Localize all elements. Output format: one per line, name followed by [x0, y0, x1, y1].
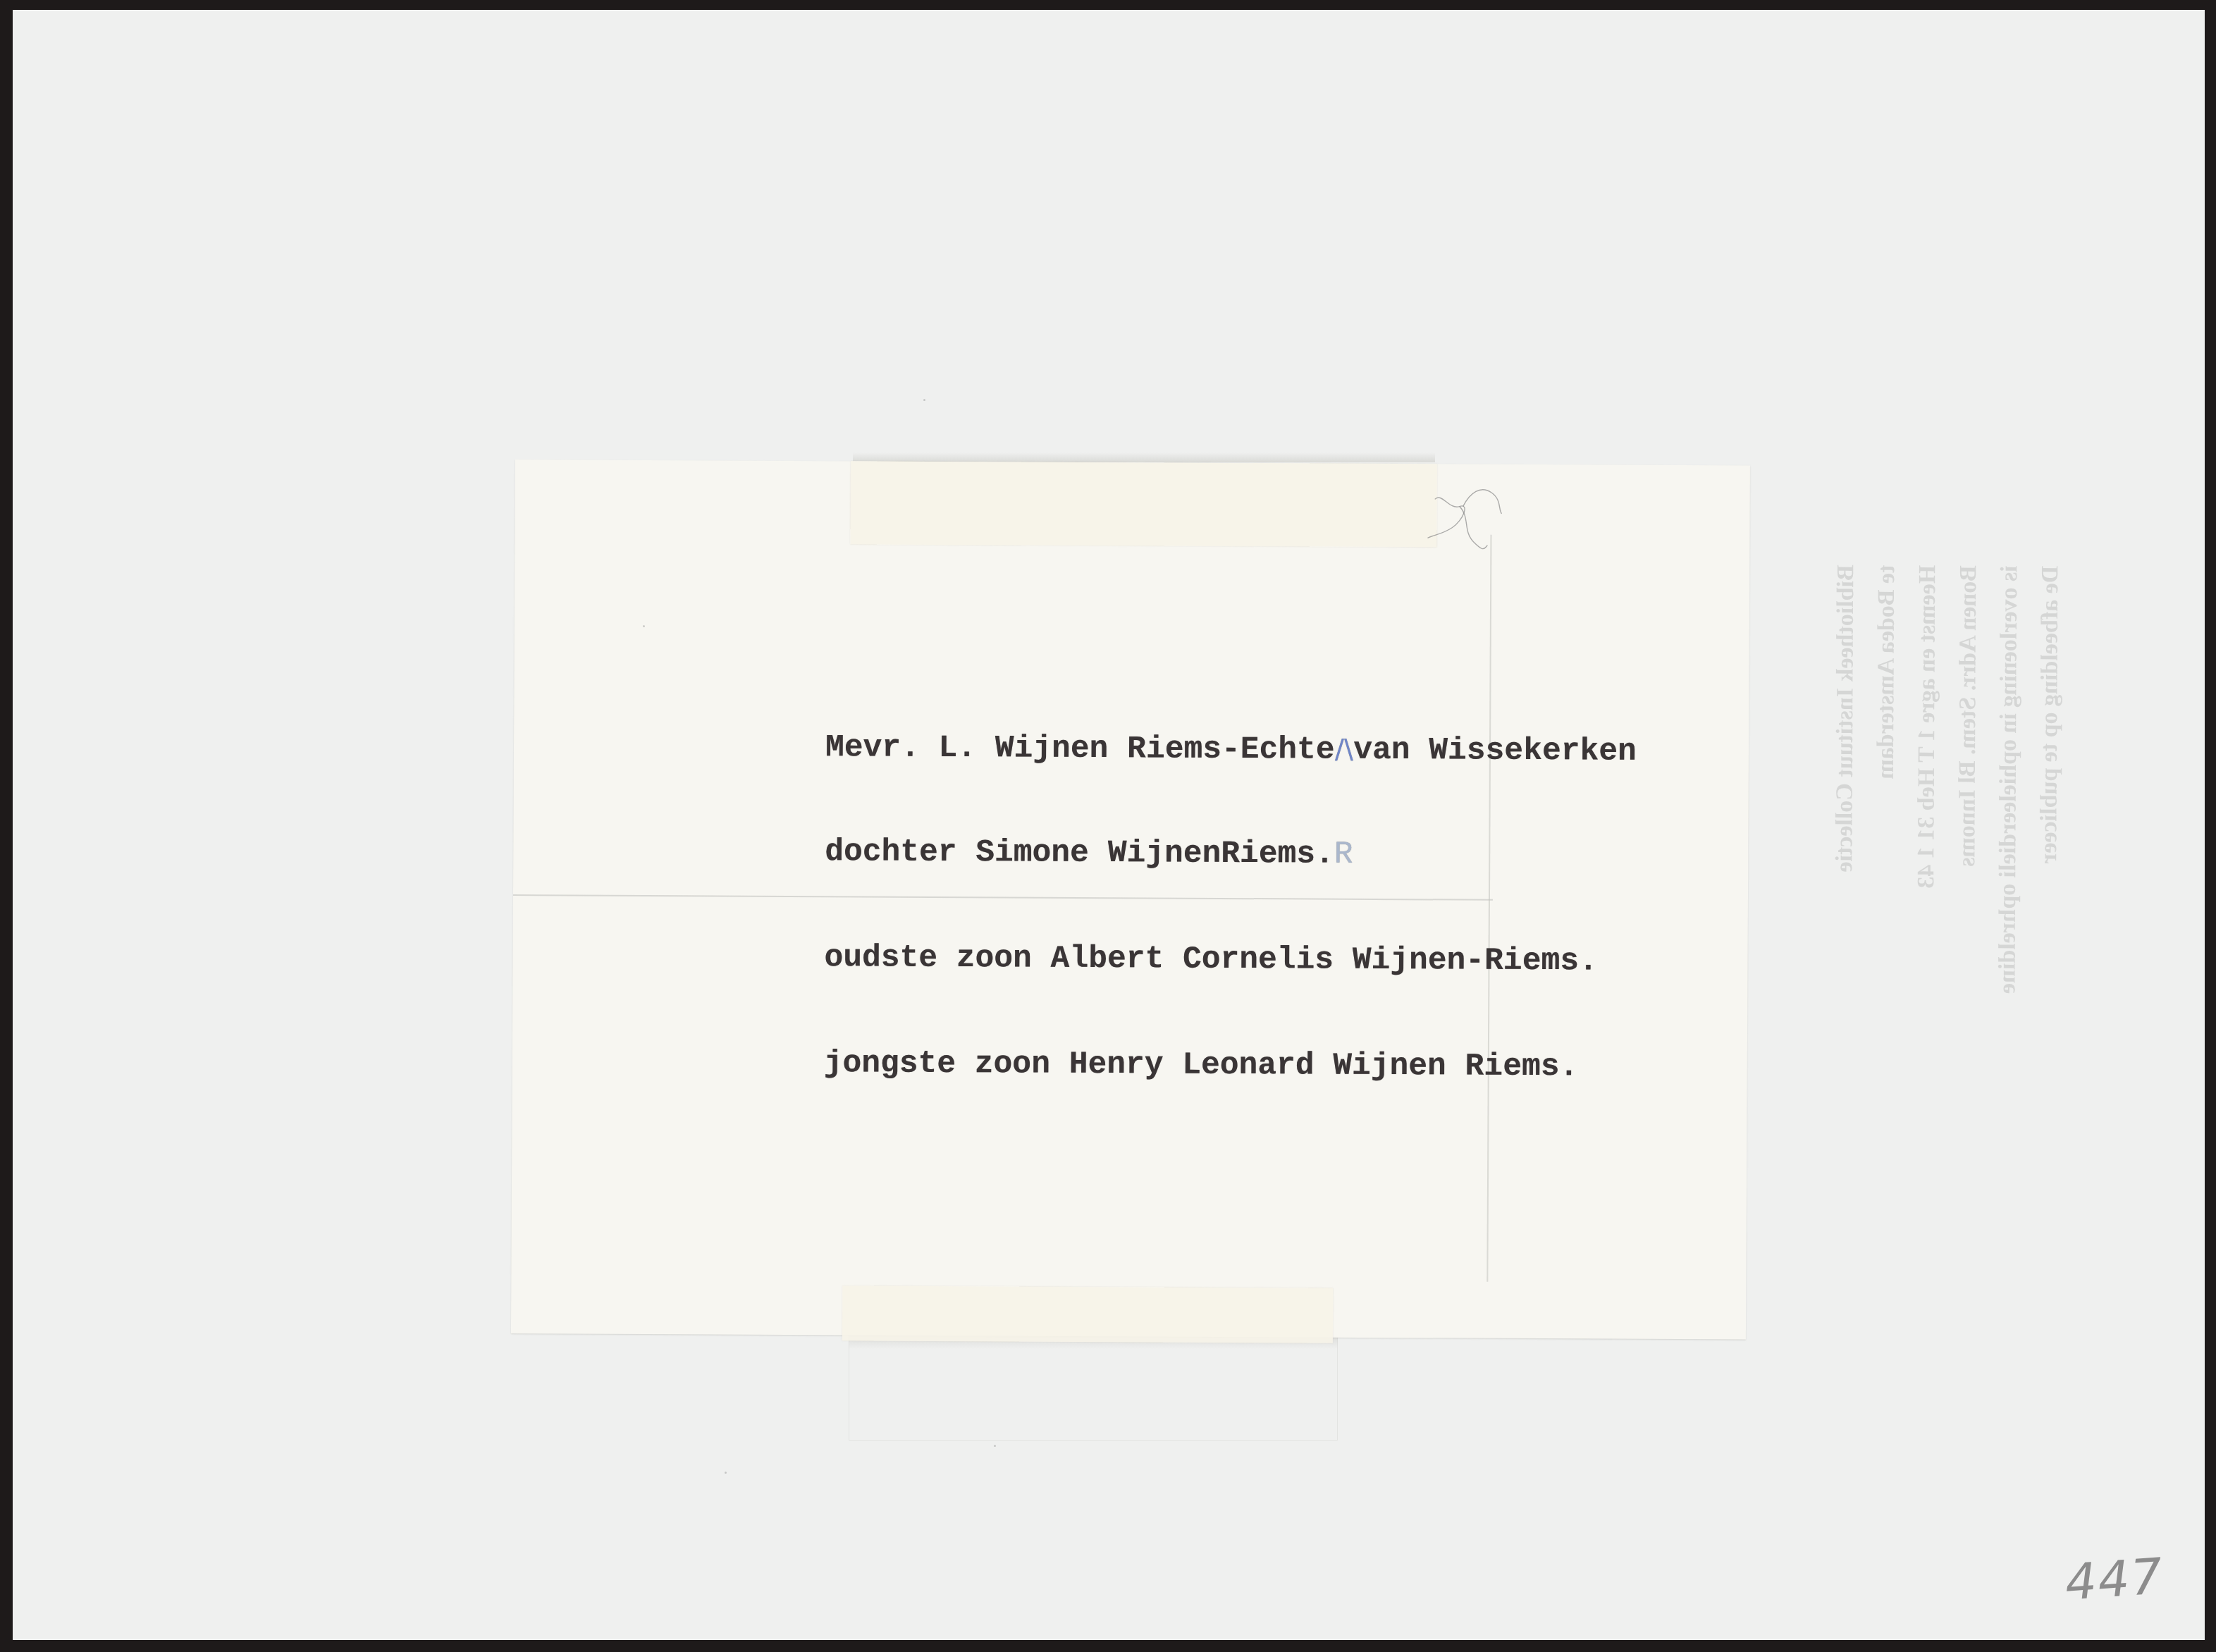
typed-text: Mevr. L. Wijnen Riems-Echte — [825, 730, 1335, 768]
bleed-through-text-rotated: Bibliotheek Instituut Collectiete Bodea … — [1822, 565, 2100, 1271]
dust-speck — [923, 399, 925, 401]
pencil-annotation: R — [1334, 837, 1353, 873]
typed-line-2: dochter Simone WijnenRiems.R — [825, 834, 1636, 874]
tape-shadow-top — [853, 452, 1435, 462]
bleed-through-line: Heemst en agre 1 T Heb 31 1 43 — [1904, 565, 1948, 1270]
adhesive-tape-bottom — [842, 1286, 1333, 1343]
typed-text: oudste zoon Albert Cornelis Wijnen-Riems… — [824, 940, 1597, 979]
bleed-through-line: Bonen Adrr. Stem. Bl Innoms — [1945, 565, 1989, 1270]
stray-hair-fiber — [1420, 478, 1506, 556]
bleed-through-line: is overloening in ophieleerdieli ophreld… — [1986, 565, 2030, 1270]
bleed-through-line: De afbeelding op te publiceer — [2026, 566, 2071, 1271]
bleed-through-line: te Bodea Amsterdam — [1863, 565, 1907, 1269]
typed-text: jongste zoon Henry Leonard Wijnen Riems. — [824, 1046, 1579, 1085]
scan-sheet: Bibliotheek Instituut Collectiete Bodea … — [13, 10, 2205, 1640]
typed-line-3: oudste zoon Albert Cornelis Wijnen-Riems… — [824, 940, 1635, 980]
typed-line-1: Mevr. L. Wijnen Riems-Echte/\van Wisseke… — [825, 729, 1637, 768]
adhesive-tape-top — [850, 461, 1437, 547]
tape-residue-outline — [849, 1335, 1338, 1441]
typed-card: Bibliotheek Instituut Collectiete Bodea … — [511, 460, 1750, 1340]
bleed-through-line: Bibliotheek Instituut Collectie — [1822, 565, 1866, 1269]
insertion-caret-mark: /\ — [1334, 732, 1353, 767]
typed-line-4: jongste zoon Henry Leonard Wijnen Riems. — [824, 1046, 1635, 1085]
typed-text-block: Mevr. L. Wijnen Riems-Echte/\van Wisseke… — [823, 658, 1637, 1156]
dust-speck — [725, 1472, 727, 1474]
typed-text: van Wissekerken — [1353, 733, 1637, 770]
typed-text: dochter Simone WijnenRiems. — [825, 834, 1334, 873]
dust-speck — [994, 1445, 996, 1447]
handwritten-page-number: 447 — [2063, 1547, 2165, 1612]
dust-speck — [643, 625, 645, 627]
